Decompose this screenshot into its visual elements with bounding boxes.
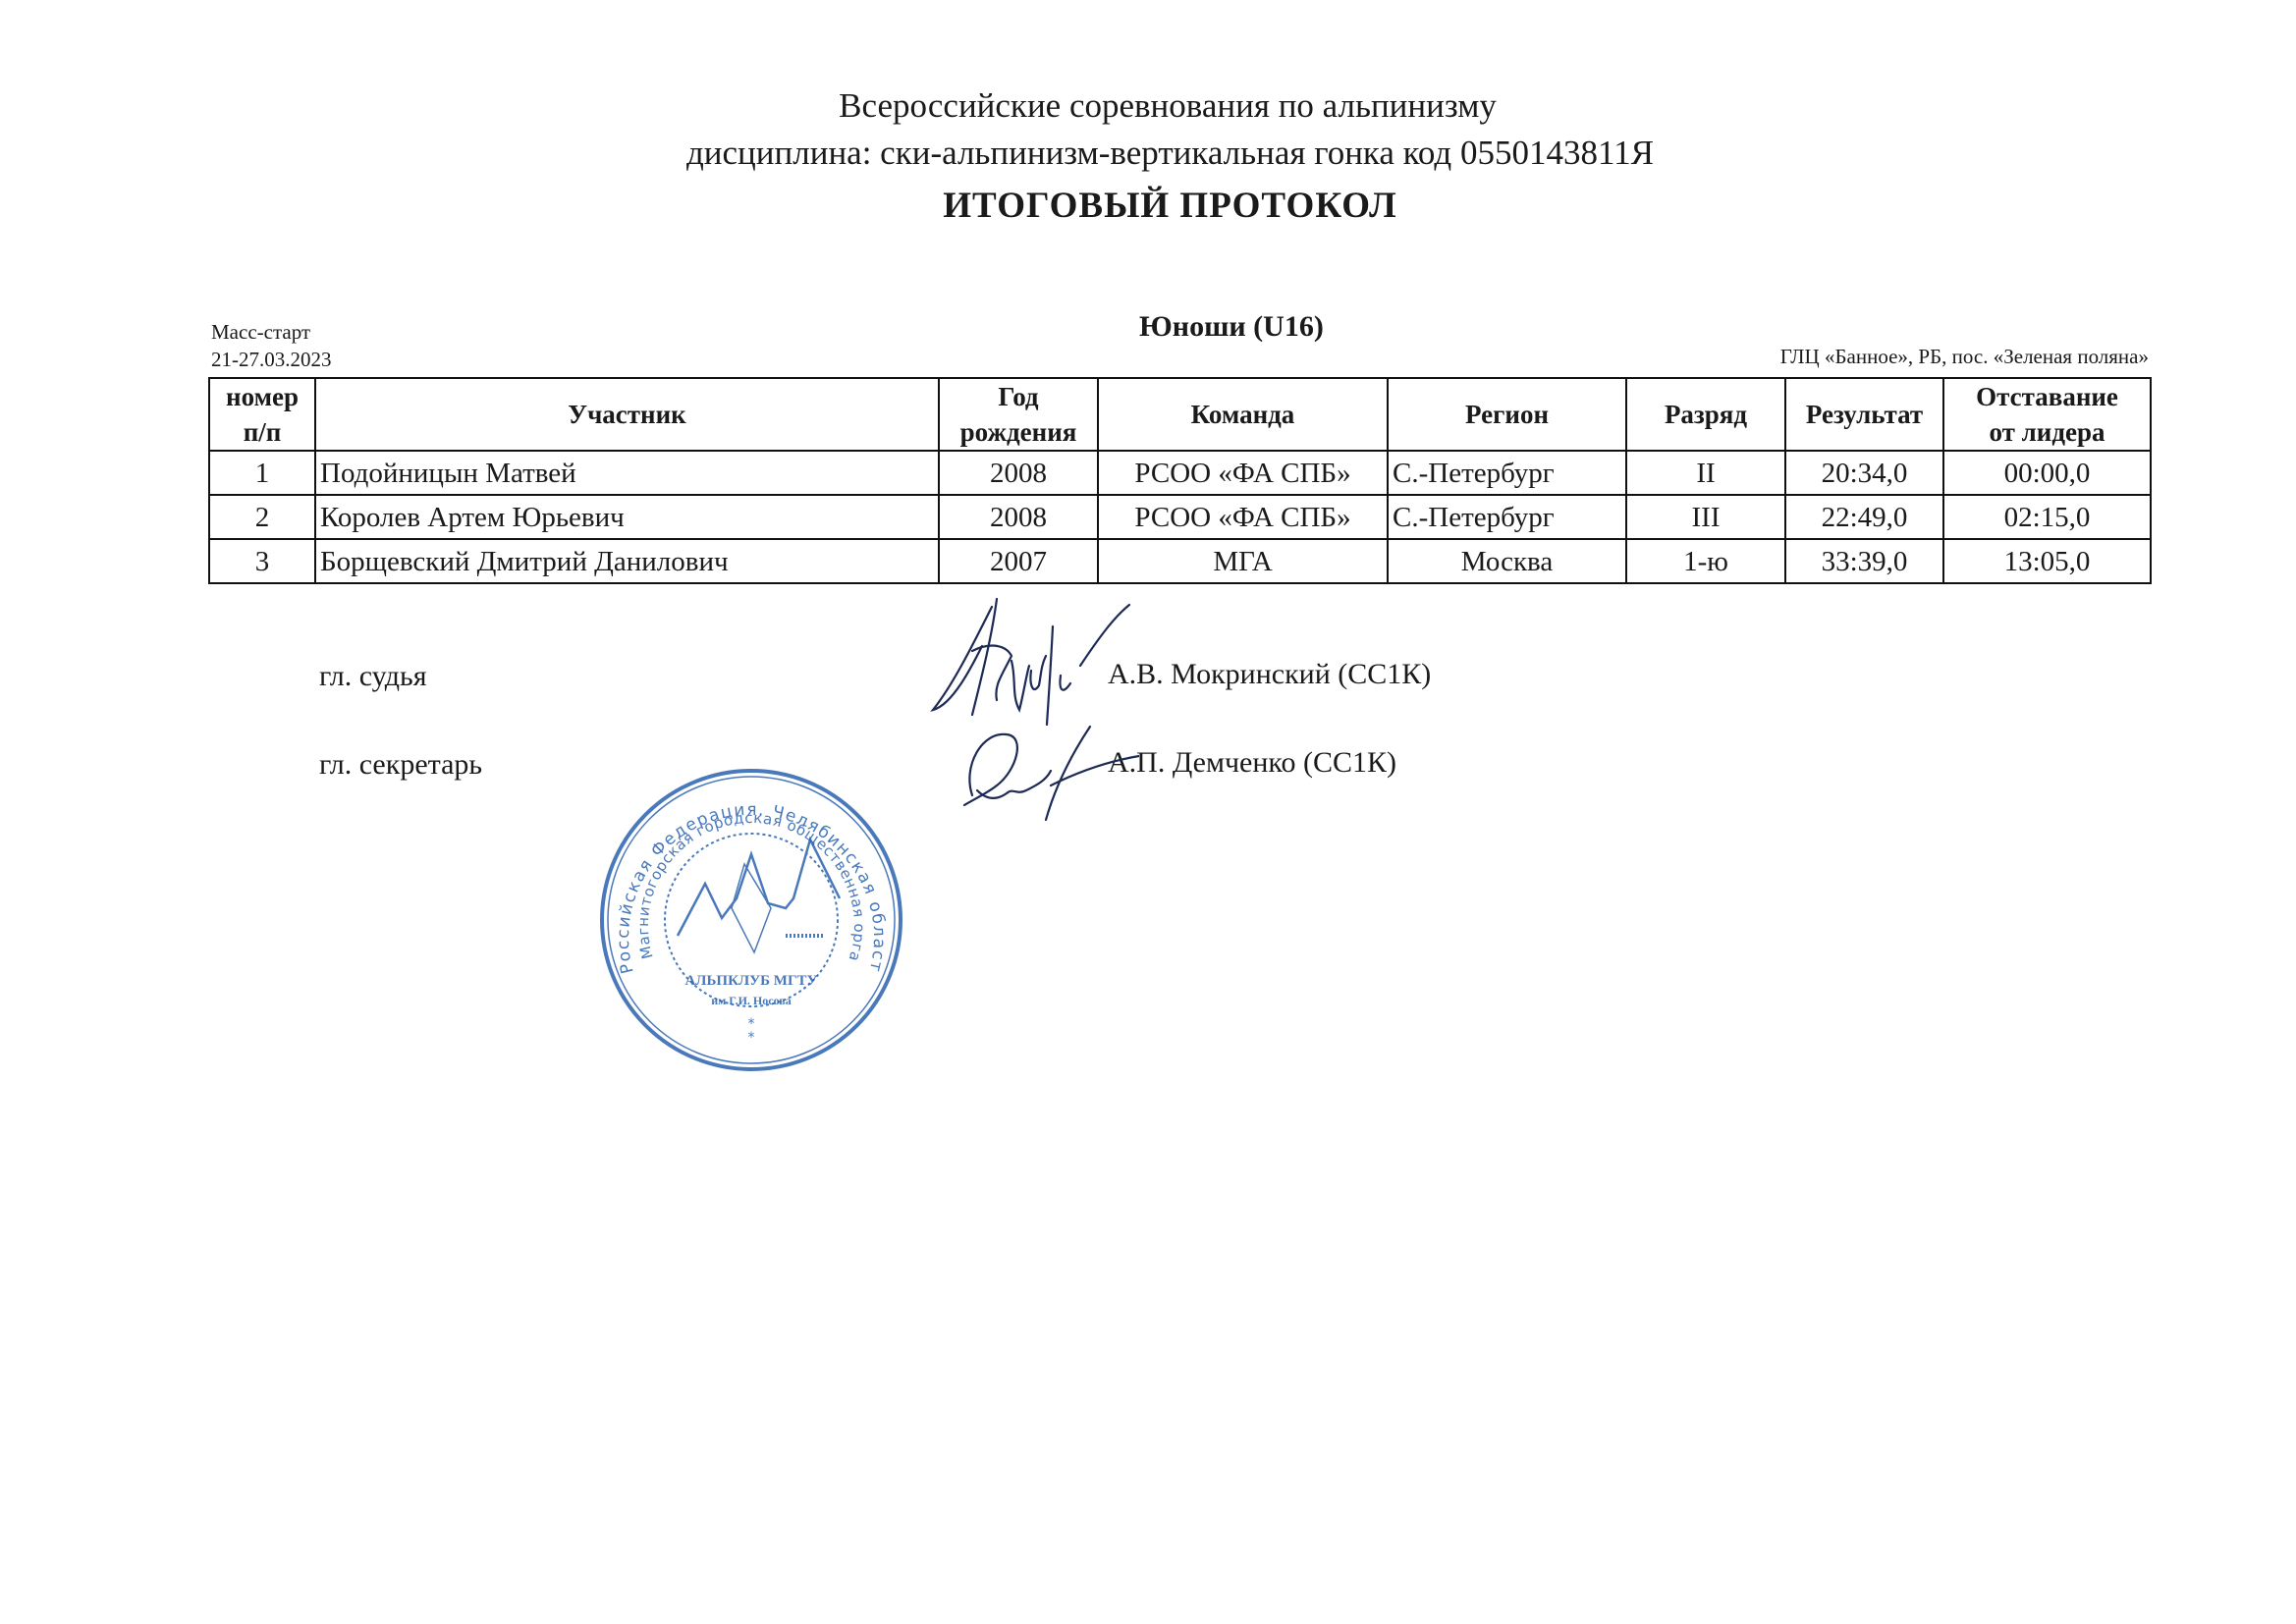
cell-result: 22:49,0 (1785, 495, 1943, 539)
judge-label: гл. судья (319, 660, 427, 693)
col-header-birth-year: Годрождения (939, 378, 1098, 451)
results-table: номерп/п Участник Годрождения Команда Ре… (208, 377, 2152, 584)
cell-result: 33:39,0 (1785, 539, 1943, 583)
cell-participant: Королев Артем Юрьевич (315, 495, 939, 539)
cell-number: 2 (209, 495, 315, 539)
cell-region: Москва (1388, 539, 1626, 583)
table-header-row: номерп/п Участник Годрождения Команда Ре… (209, 378, 2151, 451)
cell-rank: II (1626, 451, 1785, 495)
cell-participant: Борщевский Дмитрий Данилович (315, 539, 939, 583)
discipline-line: дисциплина: ски-альпинизм-вертикальная г… (0, 134, 2296, 173)
category-title: Юноши (U16) (1139, 310, 1324, 344)
competition-dates: 21-27.03.2023 (211, 348, 332, 372)
table-row: 2 Королев Артем Юрьевич 2008 РСОО «ФА СП… (209, 495, 2151, 539)
judge-signature-icon (913, 587, 1139, 734)
table-row: 3 Борщевский Дмитрий Данилович 2007 МГА … (209, 539, 2151, 583)
cell-team: МГА (1098, 539, 1388, 583)
cell-birth-year: 2008 (939, 495, 1098, 539)
cell-rank: 1-ю (1626, 539, 1785, 583)
col-header-gap: Отставаниеот лидера (1943, 378, 2151, 451)
svg-text:*: * (748, 1030, 755, 1046)
cell-number: 1 (209, 451, 315, 495)
cell-participant: Подойницын Матвей (315, 451, 939, 495)
cell-result: 20:34,0 (1785, 451, 1943, 495)
col-header-region: Регион (1388, 378, 1626, 451)
judge-name: А.В. Мокринский (СС1К) (1108, 658, 1431, 691)
stamp-center-line1: АЛЬПКЛУБ МГТУ (684, 973, 817, 989)
col-header-result: Результат (1785, 378, 1943, 451)
col-header-team: Команда (1098, 378, 1388, 451)
secretary-signature-icon (943, 717, 1139, 825)
stamp-center-line2: им Г.И. Носова (711, 994, 792, 1007)
cell-birth-year: 2008 (939, 451, 1098, 495)
col-header-number: номерп/п (209, 378, 315, 451)
cell-gap: 00:00,0 (1943, 451, 2151, 495)
secretary-name: А.П. Демченко (СС1К) (1108, 746, 1396, 780)
cell-birth-year: 2007 (939, 539, 1098, 583)
cell-gap: 13:05,0 (1943, 539, 2151, 583)
cell-region: С.-Петербург (1388, 451, 1626, 495)
venue: ГЛЦ «Банное», РБ, пос. «Зеленая поляна» (1780, 345, 2149, 369)
competition-title: Всероссийские соревнования по альпинизму (0, 86, 2296, 126)
cell-gap: 02:15,0 (1943, 495, 2151, 539)
protocol-title: ИТОГОВЫЙ ПРОТОКОЛ (0, 185, 2296, 227)
table-row: 1 Подойницын Матвей 2008 РСОО «ФА СПБ» С… (209, 451, 2151, 495)
cell-number: 3 (209, 539, 315, 583)
cell-region: С.-Петербург (1388, 495, 1626, 539)
cell-team: РСОО «ФА СПБ» (1098, 495, 1388, 539)
col-header-participant: Участник (315, 378, 939, 451)
start-type: Масс-старт (211, 320, 310, 345)
organization-stamp-icon: Российская Федерация. Челябинская област… (589, 761, 913, 1075)
cell-rank: III (1626, 495, 1785, 539)
cell-team: РСОО «ФА СПБ» (1098, 451, 1388, 495)
secretary-label: гл. секретарь (319, 748, 482, 782)
col-header-rank: Разряд (1626, 378, 1785, 451)
